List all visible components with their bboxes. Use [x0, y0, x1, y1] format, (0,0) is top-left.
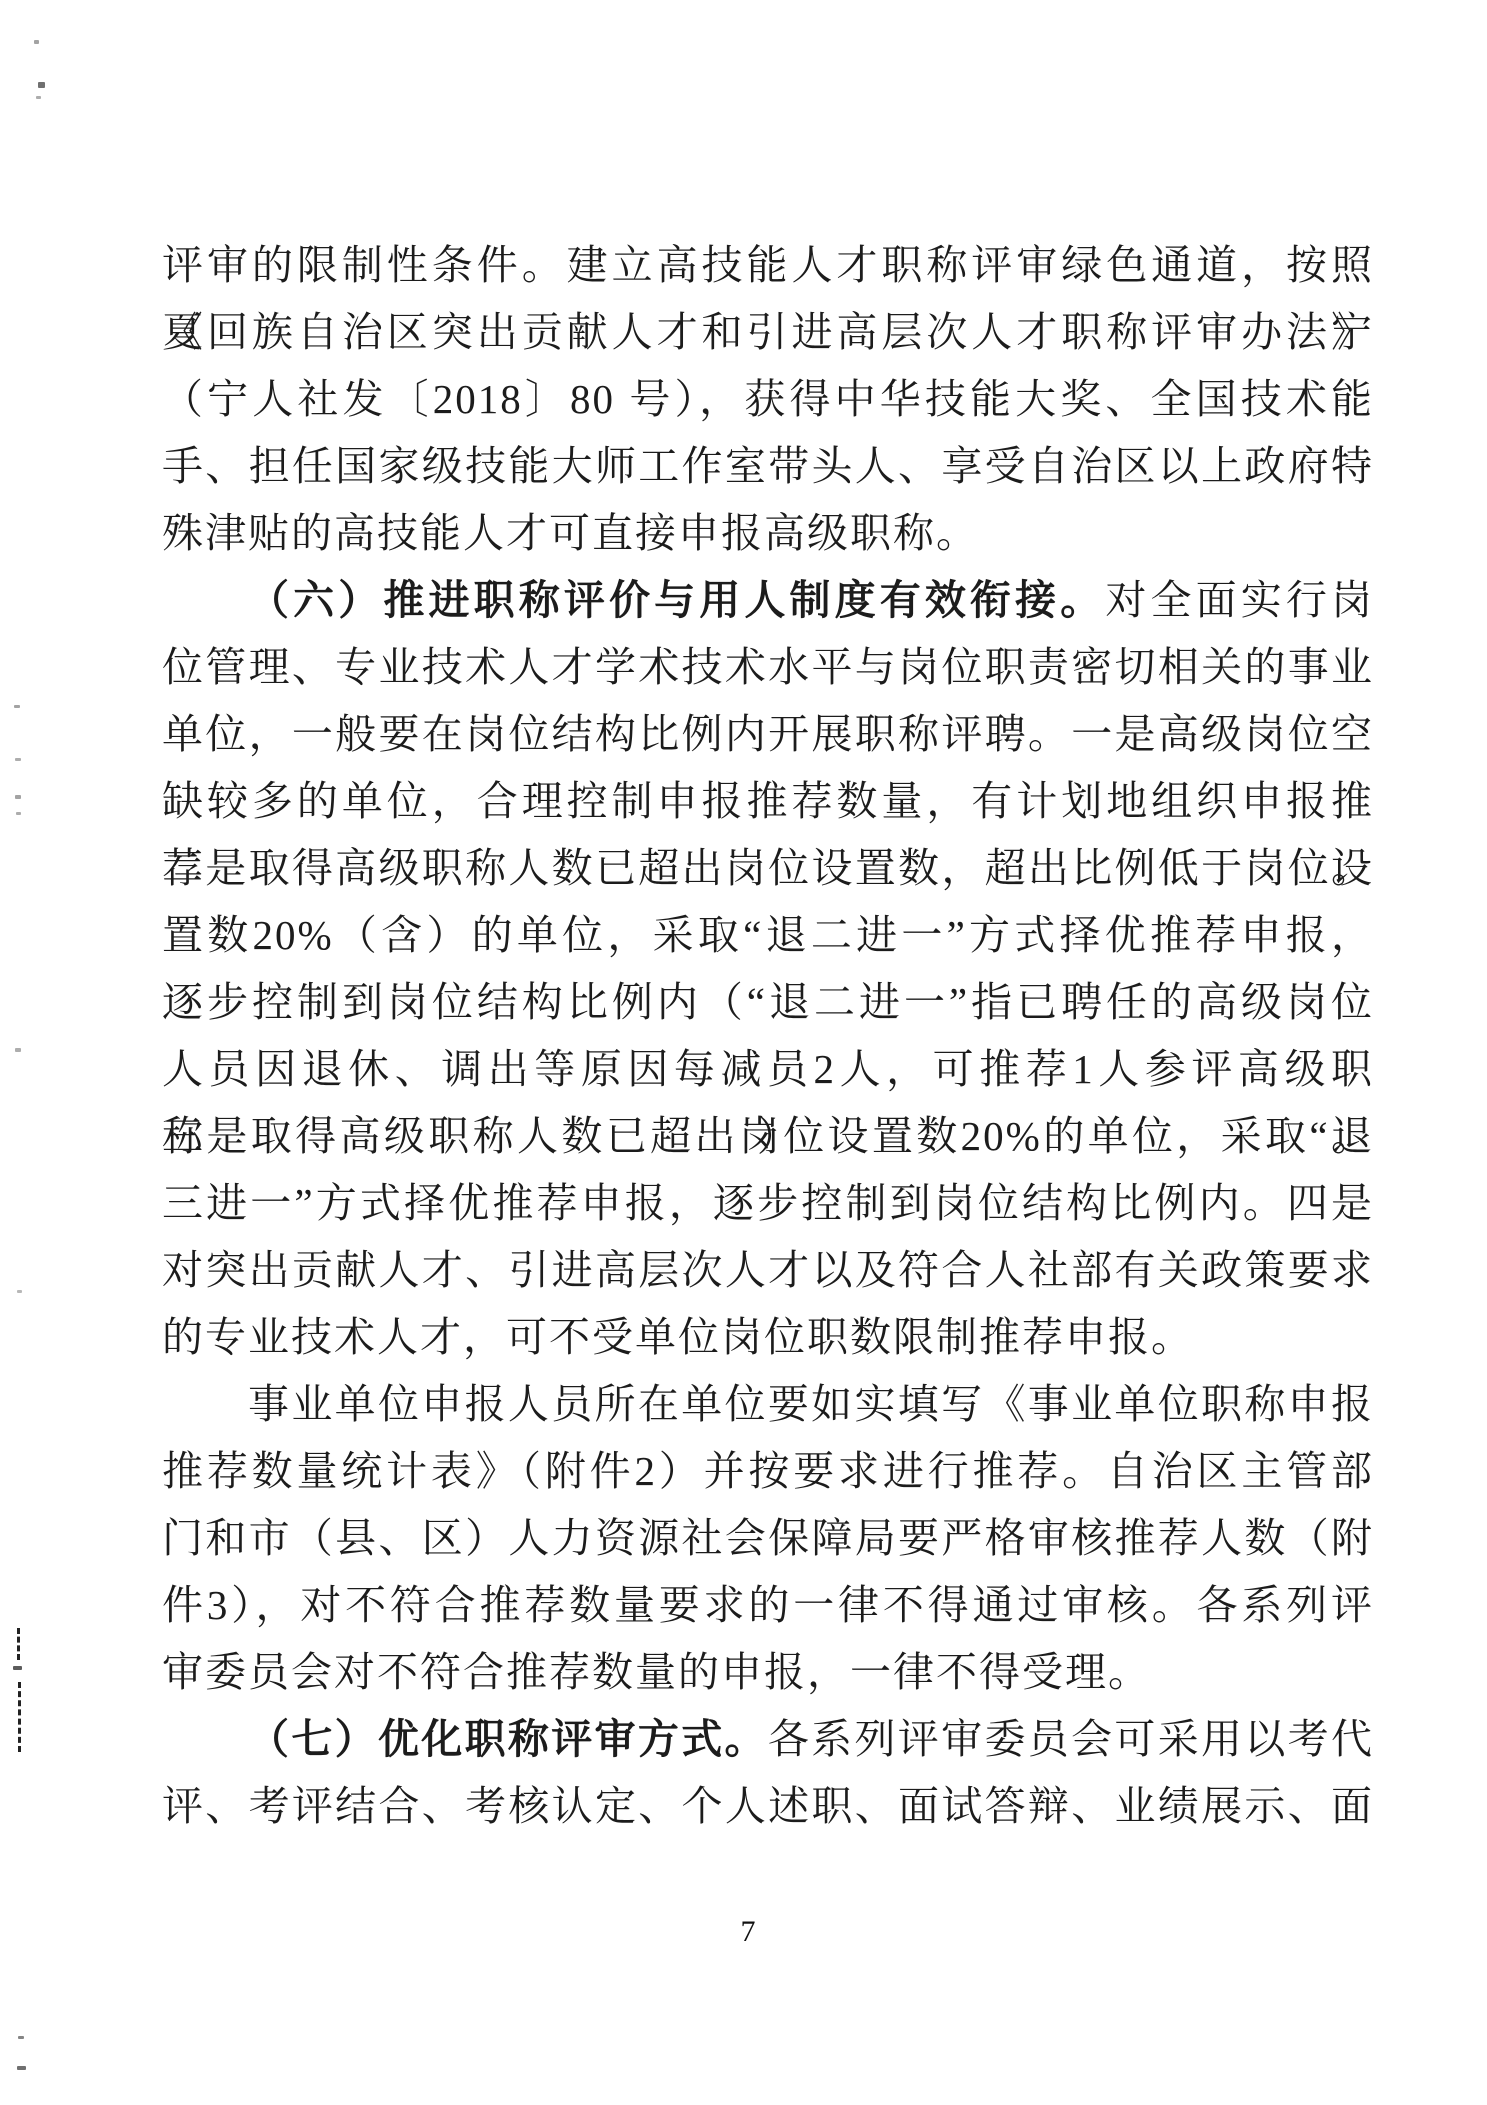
scan-speck — [17, 2066, 26, 2070]
scan-speck — [14, 705, 20, 708]
text-segment: 评、考评结合、考核认定、个人述职、面试答辩、业绩展示、面 — [162, 1783, 1374, 1829]
scan-speck — [17, 1290, 22, 1293]
text-line: 三是取得高级职称人数已超出岗位设置数20%的单位，采取“退 — [162, 1103, 1374, 1170]
text-line: 缺较多的单位，合理控制申报推荐数量，有计划地组织申报推荐。 — [162, 768, 1374, 835]
text-line: 单位，一般要在岗位结构比例内开展职称评聘。一是高级岗位空 — [162, 701, 1374, 768]
text-line: 手、担任国家级技能大师工作室带头人、享受自治区以上政府特 — [162, 433, 1374, 500]
text-segment: 对突出贡献人才、引进高层次人才以及符合人社部有关政策要求 — [162, 1247, 1374, 1293]
text-line: 位管理、专业技术人才学术技术水平与岗位职责密切相关的事业 — [162, 634, 1374, 701]
text-line: （宁人社发〔2018〕80 号），获得中华技能大奖、全国技术能 — [162, 366, 1374, 433]
scan-speck — [36, 96, 41, 99]
text-line: 三进一”方式择优推荐申报，逐步控制到岗位结构比例内。四是 — [162, 1170, 1374, 1237]
scan-dashed-mark — [17, 1628, 20, 1660]
text-segment: 对全面实行岗 — [1105, 577, 1374, 623]
text-segment: 逐步控制到岗位结构比例内（“退二进一”指已聘任的高级岗位 — [162, 979, 1374, 1025]
text-segment: 的专业技术人才，可不受单位岗位职数限制推荐申报。 — [162, 1314, 1194, 1360]
text-line: 置数20%（含）的单位，采取“退二进一”方式择优推荐申报， — [162, 902, 1374, 969]
text-line: 门和市（县、区）人力资源社会保障局要严格审核推荐人数（附 — [162, 1505, 1374, 1572]
scan-speck — [13, 1666, 22, 1670]
text-line: 对突出贡献人才、引进高层次人才以及符合人社部有关政策要求 — [162, 1237, 1374, 1304]
page-number: 7 — [718, 1912, 778, 1952]
text-segment: 三进一”方式择优推荐申报，逐步控制到岗位结构比例内。四是 — [162, 1180, 1374, 1226]
scan-speck — [15, 795, 21, 799]
text-line: 的专业技术人才，可不受单位岗位职数限制推荐申报。 — [162, 1304, 1374, 1371]
text-segment: 二是取得高级职称人数已超出岗位设置数，超出比例低于岗位设 — [162, 845, 1374, 891]
scan-speck — [15, 758, 21, 761]
text-line: 审委员会对不符合推荐数量的申报，一律不得受理。 — [162, 1639, 1374, 1706]
text-line: 夏回族自治区突出贡献人才和引进高层次人才职称评审办法》 — [162, 299, 1374, 366]
text-segment: 推荐数量统计表》（附件2）并按要求进行推荐。自治区主管部 — [162, 1448, 1374, 1494]
heading-segment: （六）推进职称评价与用人制度有效衔接。 — [248, 577, 1105, 623]
scan-dashed-mark — [18, 1682, 21, 1752]
text-line: （六）推进职称评价与用人制度有效衔接。对全面实行岗 — [162, 567, 1374, 634]
text-line: 评审的限制性条件。建立高技能人才职称评审绿色通道，按照《宁 — [162, 232, 1374, 299]
text-segment: （宁人社发〔2018〕80 号），获得中华技能大奖、全国技术能 — [162, 376, 1374, 422]
text-segment: 置数20%（含）的单位，采取“退二进一”方式择优推荐申报， — [162, 912, 1374, 958]
text-segment: 事业单位申报人员所在单位要如实填写《事业单位职称申报 — [248, 1381, 1374, 1427]
text-line: 二是取得高级职称人数已超出岗位设置数，超出比例低于岗位设 — [162, 835, 1374, 902]
text-line: 逐步控制到岗位结构比例内（“退二进一”指已聘任的高级岗位 — [162, 969, 1374, 1036]
text-segment: 单位，一般要在岗位结构比例内开展职称评聘。一是高级岗位空 — [162, 711, 1374, 757]
text-line: 人员因退休、调出等原因每减员2人，可推荐1人参评高级职称）。 — [162, 1036, 1374, 1103]
text-segment: 门和市（县、区）人力资源社会保障局要严格审核推荐人数（附 — [162, 1515, 1374, 1561]
text-segment: 夏回族自治区突出贡献人才和引进高层次人才职称评审办法》 — [162, 309, 1374, 355]
text-line: 评、考评结合、考核认定、个人述职、面试答辩、业绩展示、面 — [162, 1773, 1374, 1840]
text-line: 事业单位申报人员所在单位要如实填写《事业单位职称申报 — [162, 1371, 1374, 1438]
text-segment: 殊津贴的高技能人才可直接申报高级职称。 — [162, 510, 979, 556]
text-segment: 各系列评审委员会可采用以考代 — [768, 1716, 1374, 1762]
text-segment: 件3），对不符合推荐数量要求的一律不得通过审核。各系列评 — [162, 1582, 1374, 1628]
page-body: 评审的限制性条件。建立高技能人才职称评审绿色通道，按照《宁夏回族自治区突出贡献人… — [162, 232, 1374, 1840]
text-segment: 三是取得高级职称人数已超出岗位设置数20%的单位，采取“退 — [162, 1113, 1374, 1159]
scan-speck — [38, 82, 45, 88]
scan-speck — [15, 1048, 21, 1052]
heading-segment: （七）优化职称评审方式。 — [248, 1716, 768, 1762]
text-segment: 位管理、专业技术人才学术技术水平与岗位职责密切相关的事业 — [162, 644, 1374, 690]
text-line: 推荐数量统计表》（附件2）并按要求进行推荐。自治区主管部 — [162, 1438, 1374, 1505]
scan-speck — [18, 2036, 24, 2039]
text-segment: 审委员会对不符合推荐数量的申报，一律不得受理。 — [162, 1649, 1151, 1695]
text-line: 殊津贴的高技能人才可直接申报高级职称。 — [162, 500, 1374, 567]
text-segment: 手、担任国家级技能大师工作室带头人、享受自治区以上政府特 — [162, 443, 1374, 489]
text-line: （七）优化职称评审方式。各系列评审委员会可采用以考代 — [162, 1706, 1374, 1773]
document-page: 评审的限制性条件。建立高技能人才职称评审绿色通道，按照《宁夏回族自治区突出贡献人… — [0, 0, 1487, 2105]
scan-speck — [34, 40, 39, 44]
scan-speck — [16, 812, 21, 815]
text-line: 件3），对不符合推荐数量要求的一律不得通过审核。各系列评 — [162, 1572, 1374, 1639]
